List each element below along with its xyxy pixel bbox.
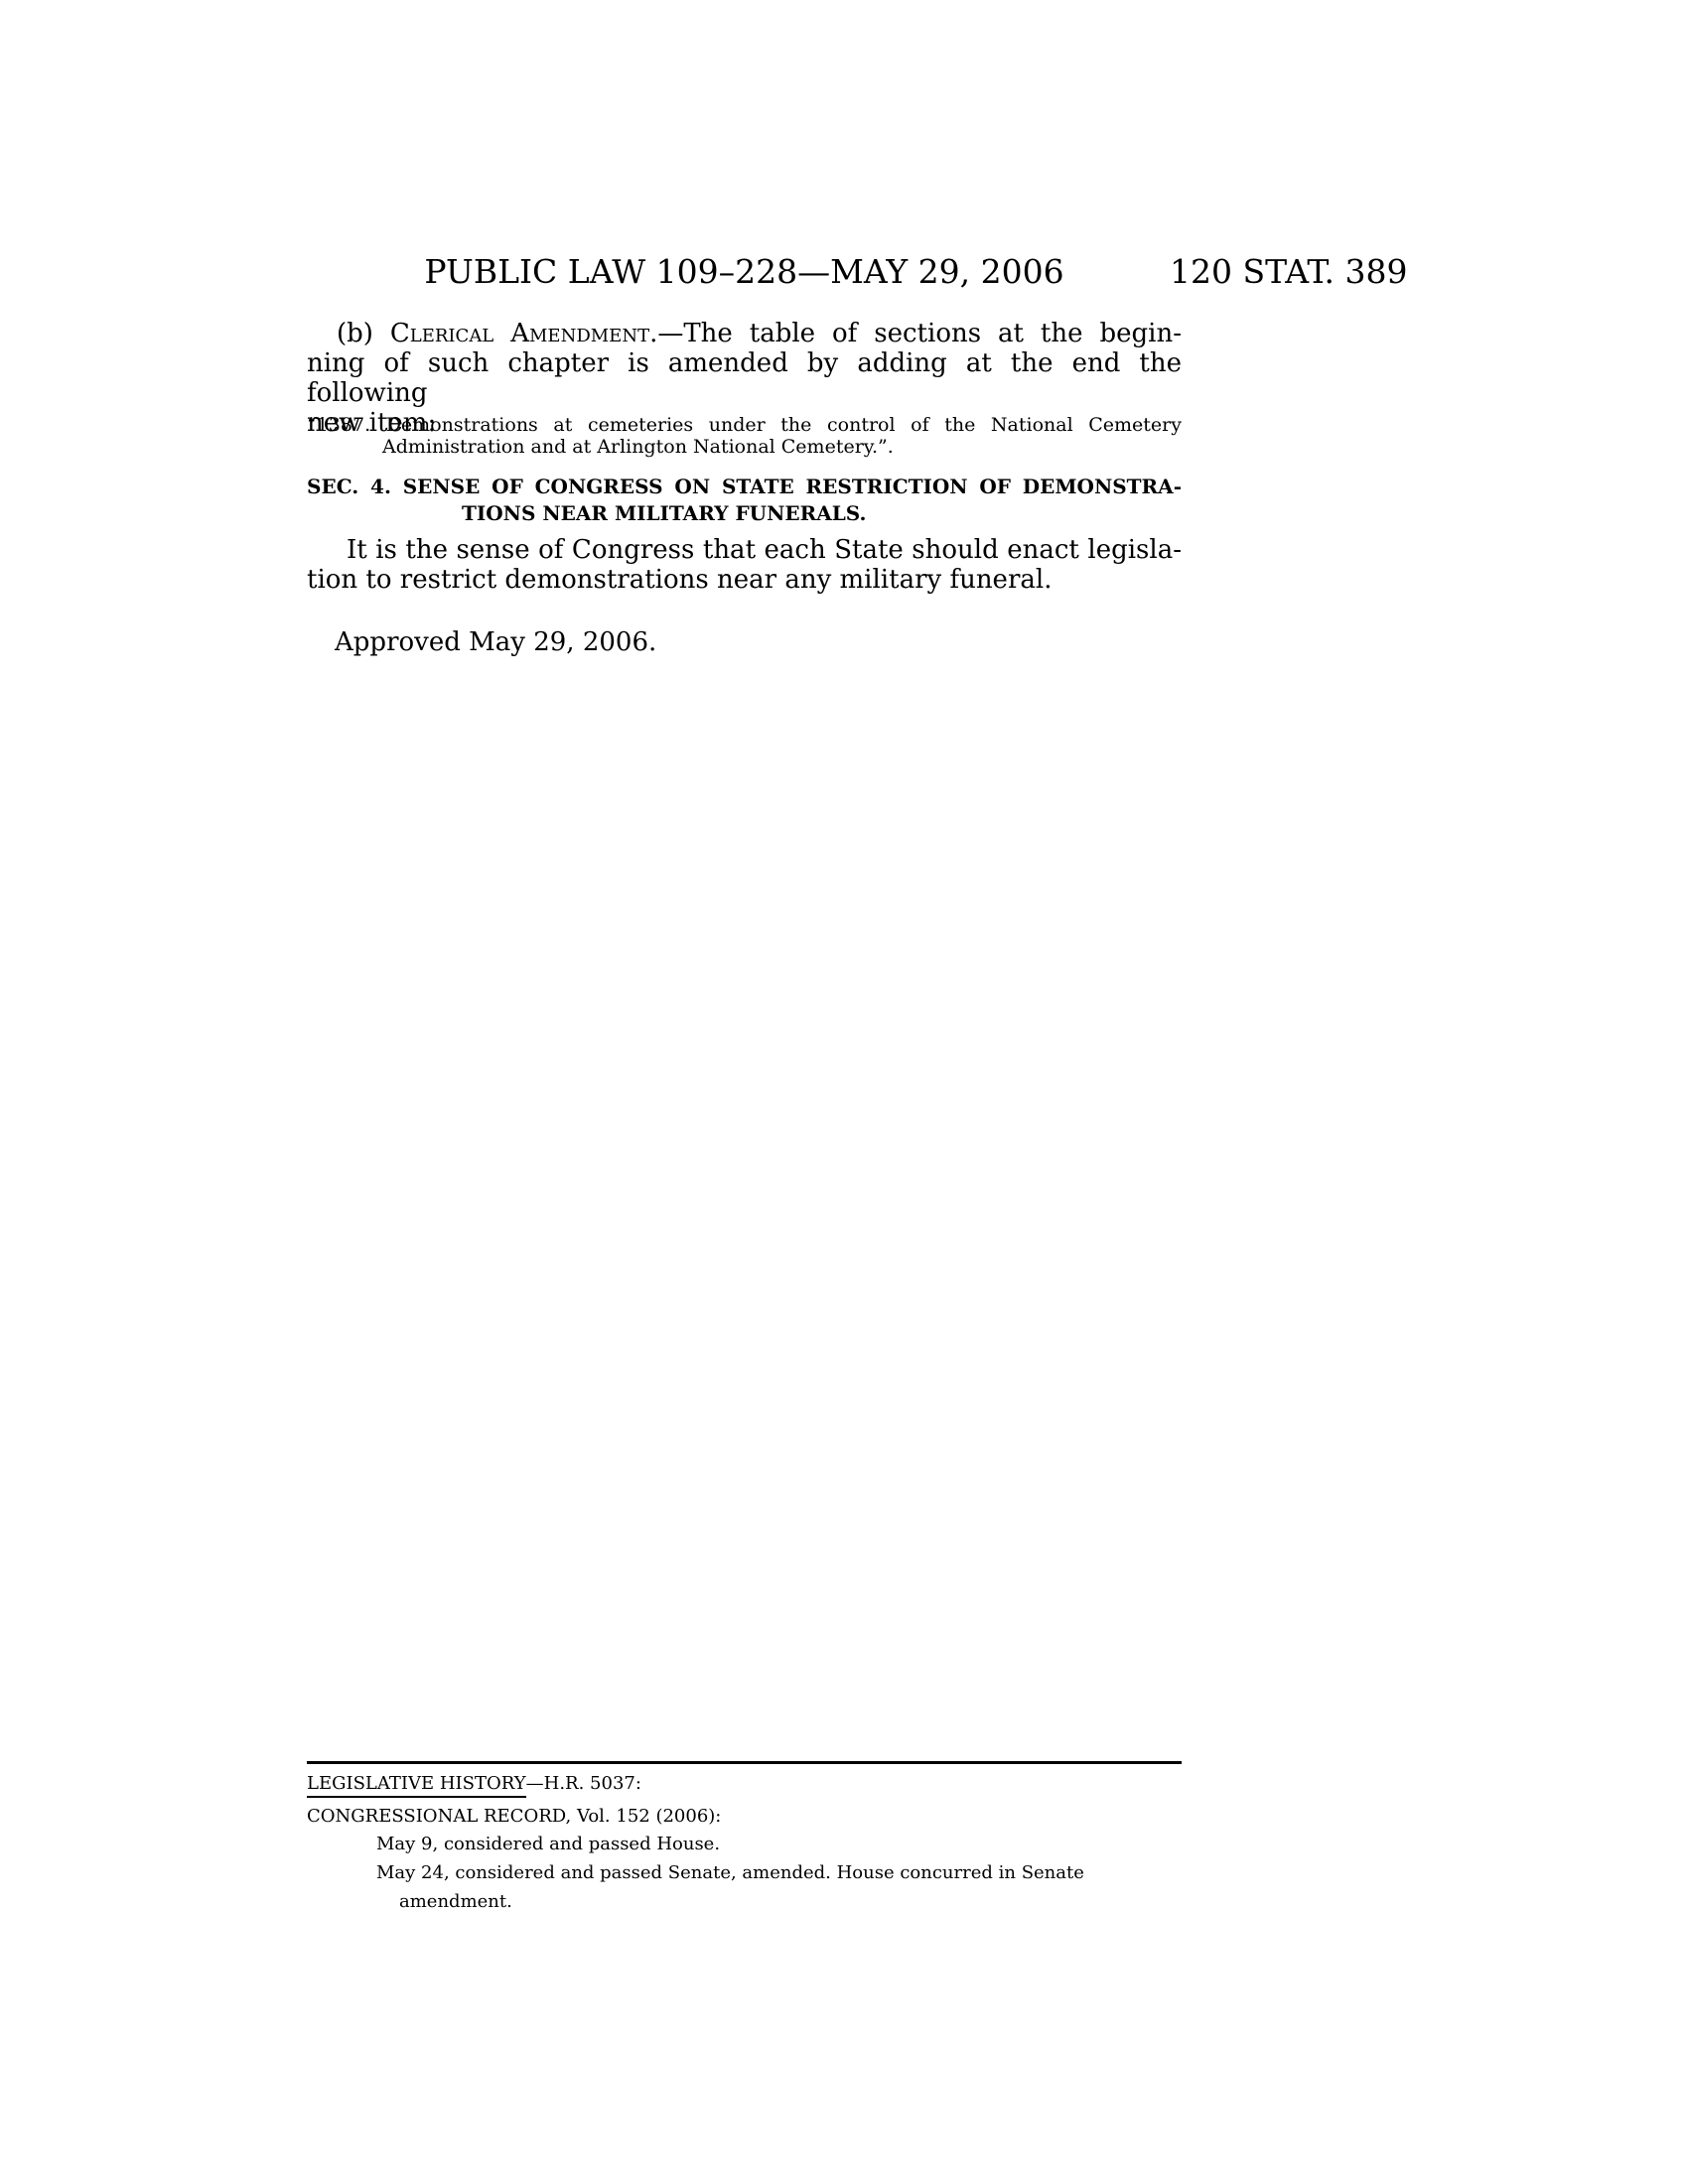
congressional-record-line: CONGRESSIONAL RECORD, Vol. 152 (2006):	[307, 1805, 1182, 1829]
legislative-history-rule	[307, 1761, 1182, 1764]
paragraph-line: ning of such chapter is amended by addin…	[307, 348, 1182, 408]
statute-page: PUBLIC LAW 109–228—MAY 29, 2006 120 STAT…	[0, 0, 1688, 2184]
history-entry: May 24, considered and passed Senate, am…	[307, 1858, 1182, 1887]
paragraph-line: (b) Clerical Amendment.—The table of sec…	[307, 319, 1182, 348]
legislative-history-underlined-text: LEGISLATIVE HISTORY	[307, 1773, 526, 1798]
section-heading-line: SEC. 4. SENSE OF CONGRESS ON STATE RESTR…	[307, 474, 1182, 500]
paragraph-text: .—The table of sections at the begin-	[649, 319, 1182, 348]
history-entry: May 9, considered and passed House.	[307, 1830, 1182, 1858]
section-heading-continuation-line: TIONS NEAR MILITARY FUNERALS.	[307, 500, 1182, 527]
running-head-title: PUBLIC LAW 109–228—MAY 29, 2006	[307, 254, 1182, 290]
toc-item-line: “1387. Demonstrations at cemeteries unde…	[307, 414, 1182, 436]
smallcaps-phrase: Clerical Amendment	[390, 319, 649, 348]
toc-item-continuation-line: Administration and at Arlington National…	[307, 436, 1182, 458]
paragraph-line: tion to restrict demonstrations near any…	[307, 565, 1182, 595]
table-of-sections-item: “1387. Demonstrations at cemeteries unde…	[307, 414, 1182, 458]
legislative-history-entries: May 9, considered and passed House. May …	[307, 1830, 1182, 1916]
legislative-history-bill-number: —H.R. 5037:	[526, 1773, 641, 1794]
legislative-history-heading: LEGISLATIVE HISTORY—H.R. 5037:	[307, 1772, 1182, 1796]
sense-of-congress-paragraph: It is the sense of Congress that each St…	[307, 535, 1182, 595]
running-head-stat-page: 120 STAT. 389	[1170, 254, 1407, 290]
paragraph-line: It is the sense of Congress that each St…	[307, 535, 1182, 565]
subsection-label: (b)	[337, 319, 390, 348]
section-4-heading: SEC. 4. SENSE OF CONGRESS ON STATE RESTR…	[307, 474, 1182, 527]
history-entry-continuation: amendment.	[307, 1887, 1182, 1916]
approved-date-line: Approved May 29, 2006.	[335, 627, 656, 657]
